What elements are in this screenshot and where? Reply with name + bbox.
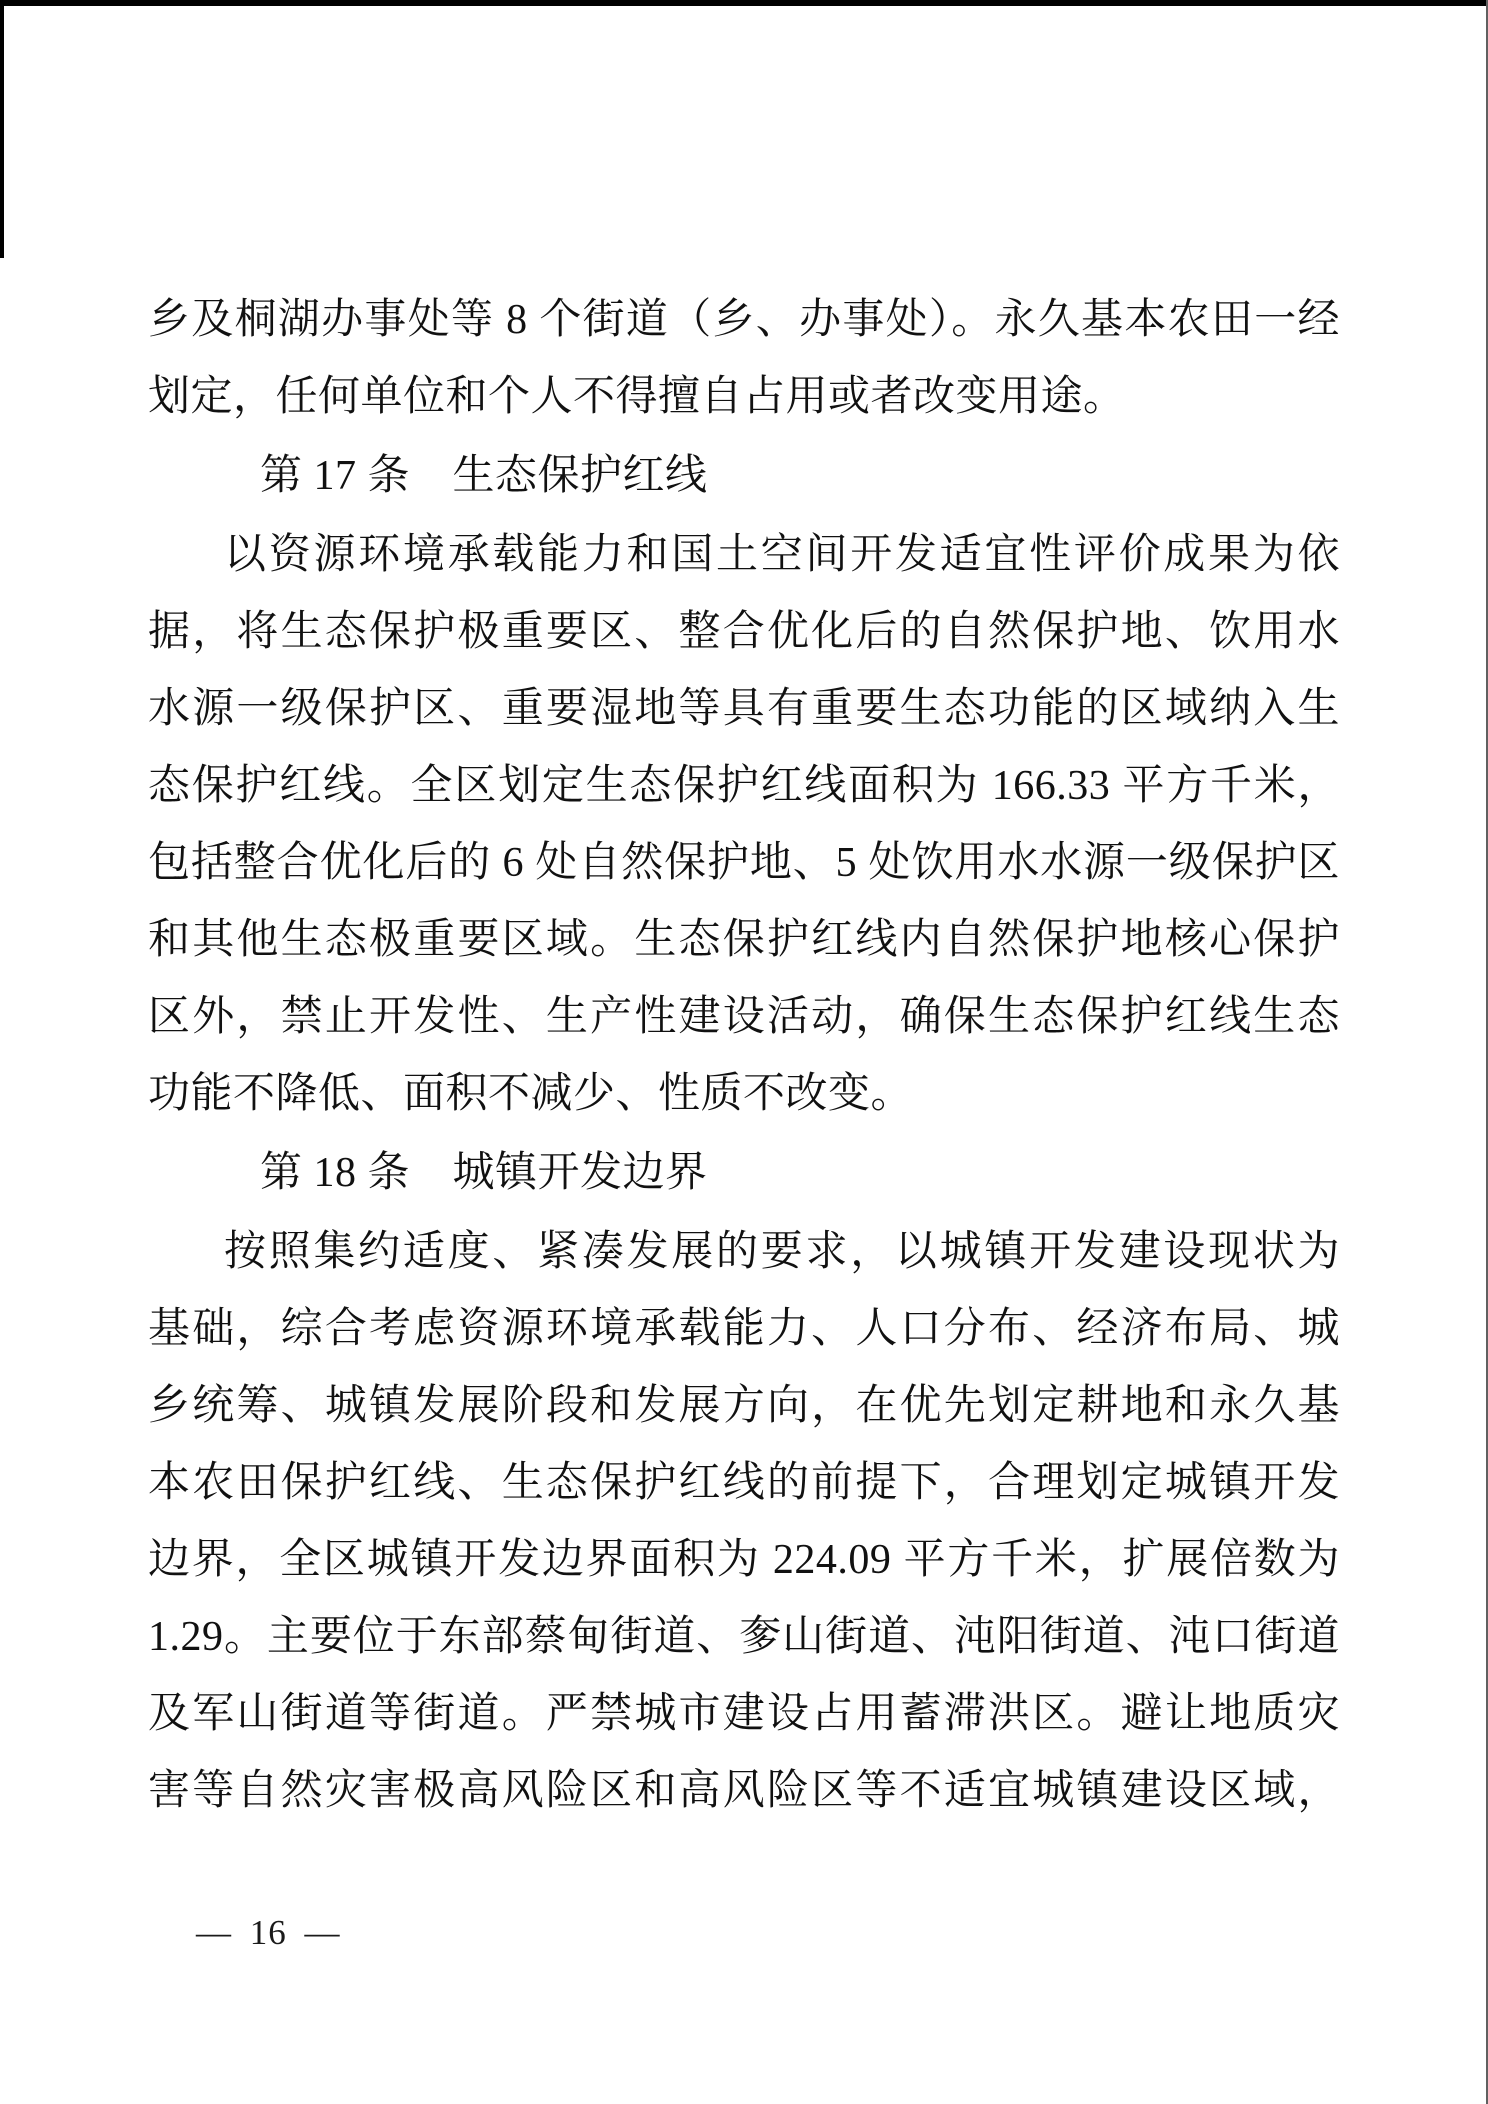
- scan-border-top: [0, 0, 1488, 6]
- text-line: 功能不降低、面积不减少、性质不改变。: [148, 1056, 1340, 1133]
- article-heading: 第 17 条 生态保护红线: [148, 438, 1340, 515]
- text-line: 和其他生态极重要区域。生态保护红线内自然保护地核心保护: [148, 902, 1340, 979]
- paragraph: 按照集约适度、紧凑发展的要求，以城镇开发建设现状为基础，综合考虑资源环境承载能力…: [148, 1214, 1340, 1830]
- text-line: 乡及桐湖办事处等 8 个街道（乡、办事处）。永久基本农田一经: [148, 282, 1340, 359]
- paragraph: 以资源环境承载能力和国土空间开发适宜性评价成果为依据，将生态保护极重要区、整合优…: [148, 517, 1340, 1133]
- document-body: 乡及桐湖办事处等 8 个街道（乡、办事处）。永久基本农田一经划定，任何单位和个人…: [148, 282, 1340, 1830]
- page-number: — 16 —: [196, 1908, 341, 1958]
- text-line: 本农田保护红线、生态保护红线的前提下，合理划定城镇开发: [148, 1445, 1340, 1522]
- text-line: 据，将生态保护极重要区、整合优化后的自然保护地、饮用水: [148, 594, 1340, 671]
- scan-border-left: [0, 0, 4, 258]
- text-line: 边界，全区城镇开发边界面积为 224.09 平方千米，扩展倍数为: [148, 1522, 1340, 1599]
- text-line: 1.29。主要位于东部蔡甸街道、奓山街道、沌阳街道、沌口街道: [148, 1599, 1340, 1676]
- text-line: 以资源环境承载能力和国土空间开发适宜性评价成果为依: [148, 517, 1340, 594]
- text-line: 基础，综合考虑资源环境承载能力、人口分布、经济布局、城: [148, 1291, 1340, 1368]
- text-line: 水源一级保护区、重要湿地等具有重要生态功能的区域纳入生: [148, 671, 1340, 748]
- text-line: 及军山街道等街道。严禁城市建设占用蓄滞洪区。避让地质灾: [148, 1676, 1340, 1753]
- text-line: 包括整合优化后的 6 处自然保护地、5 处饮用水水源一级保护区: [148, 825, 1340, 902]
- text-line: 害等自然灾害极高风险区和高风险区等不适宜城镇建设区域，: [148, 1753, 1340, 1830]
- paragraph: 乡及桐湖办事处等 8 个街道（乡、办事处）。永久基本农田一经划定，任何单位和个人…: [148, 282, 1340, 436]
- text-line: 乡统筹、城镇发展阶段和发展方向，在优先划定耕地和永久基: [148, 1368, 1340, 1445]
- text-line: 态保护红线。全区划定生态保护红线面积为 166.33 平方千米，: [148, 748, 1340, 825]
- text-line: 区外，禁止开发性、生产性建设活动，确保生态保护红线生态: [148, 979, 1340, 1056]
- article-heading: 第 18 条 城镇开发边界: [148, 1135, 1340, 1212]
- heading-line: 第 17 条 生态保护红线: [148, 438, 1340, 515]
- document-page: 乡及桐湖办事处等 8 个街道（乡、办事处）。永久基本农田一经划定，任何单位和个人…: [0, 0, 1488, 2104]
- text-line: 划定，任何单位和个人不得擅自占用或者改变用途。: [148, 359, 1340, 436]
- heading-line: 第 18 条 城镇开发边界: [148, 1135, 1340, 1212]
- text-line: 按照集约适度、紧凑发展的要求，以城镇开发建设现状为: [148, 1214, 1340, 1291]
